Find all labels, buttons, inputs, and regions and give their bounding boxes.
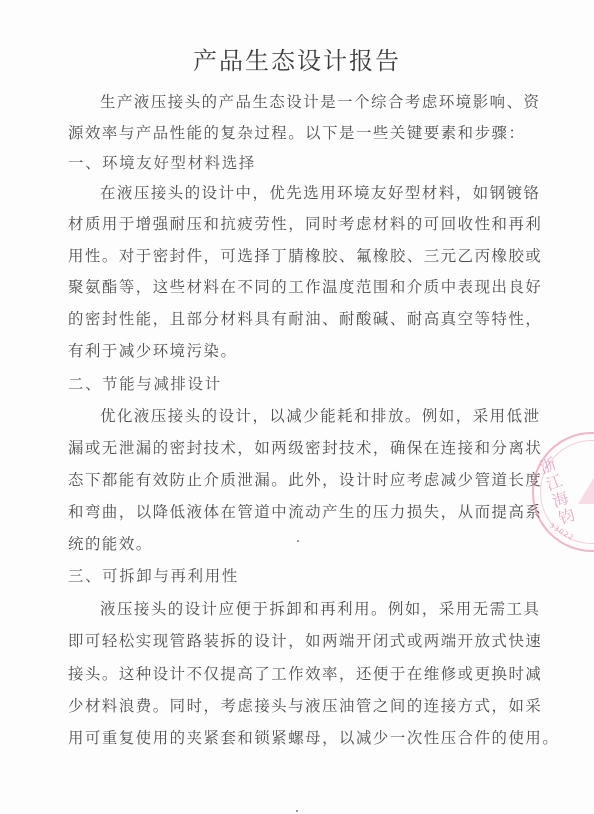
paragraph-line: 生产液压接头的产品生态设计是一个综合考虑环境影响、资 [100, 91, 580, 113]
paragraph-line: 用性。对于密封件，可选择丁腈橡胶、氟橡胶、三元乙丙橡胶或 [68, 245, 548, 267]
paragraph-line: 和弯曲，以降低液体在管道中流动产生的压力损失，从而提高系 [68, 501, 548, 523]
scan-speck [297, 540, 299, 542]
paragraph-line: 优化液压接头的设计，以减少能耗和排放。例如，采用低泄 [100, 405, 580, 427]
document-title: 产品生态设计报告 [0, 44, 594, 78]
section-heading: 二、节能与减排设计 [68, 373, 548, 395]
paragraph-line: 用可重复使用的夹紧套和锁紧螺母，以减少一次性压合件的使用。 [68, 727, 548, 749]
paragraph-line: 液压接头的设计应便于拆卸和再利用。例如，采用无需工具 [100, 598, 580, 620]
scan-speck [296, 810, 298, 812]
paragraph-line: 有利于减少环境污染。 [68, 340, 548, 362]
section-heading: 三、可拆卸与再利用性 [68, 565, 548, 587]
paragraph-line: 接头。这种设计不仅提高了工作效率，还便于在维修或更换时减 [68, 663, 548, 685]
paragraph-line: 漏或无泄漏的密封技术，如两级密封技术，确保在连接和分离状 [68, 437, 548, 459]
paragraph-line: 聚氨酯等，这些材料在不同的工作温度范围和介质中表现出良好 [68, 276, 548, 298]
paragraph-line: 源效率与产品性能的复杂过程。以下是一些关键要素和步骤： [68, 122, 548, 144]
document-page: 产品生态设计报告 生产液压接头的产品生态设计是一个综合考虑环境影响、资源效率与产… [0, 0, 594, 814]
paragraph-line: 少材料浪费。同时，考虑接头与液压油管之间的连接方式，如采 [68, 695, 548, 717]
paragraph-line: 统的能效。 [68, 533, 548, 555]
paragraph-line: 即可轻松实现管路装拆的设计，如两端开闭式或两端开放式快速 [68, 630, 548, 652]
paragraph-line: 在液压接头的设计中，优先选用环境友好型材料，如钢镀铬 [100, 182, 580, 204]
paragraph-line: 材质用于增强耐压和抗疲劳性，同时考虑材料的可回收性和再利 [68, 213, 548, 235]
paragraph-line: 的密封性能，且部分材料具有耐油、耐酸碱、耐高真空等特性， [68, 308, 548, 330]
paragraph-line: 态下都能有效防止介质泄漏。此外，设计时应考虑减少管道长度 [68, 469, 548, 491]
section-heading: 一、环境友好型材料选择 [68, 152, 548, 174]
stamp-star-icon [578, 474, 594, 504]
